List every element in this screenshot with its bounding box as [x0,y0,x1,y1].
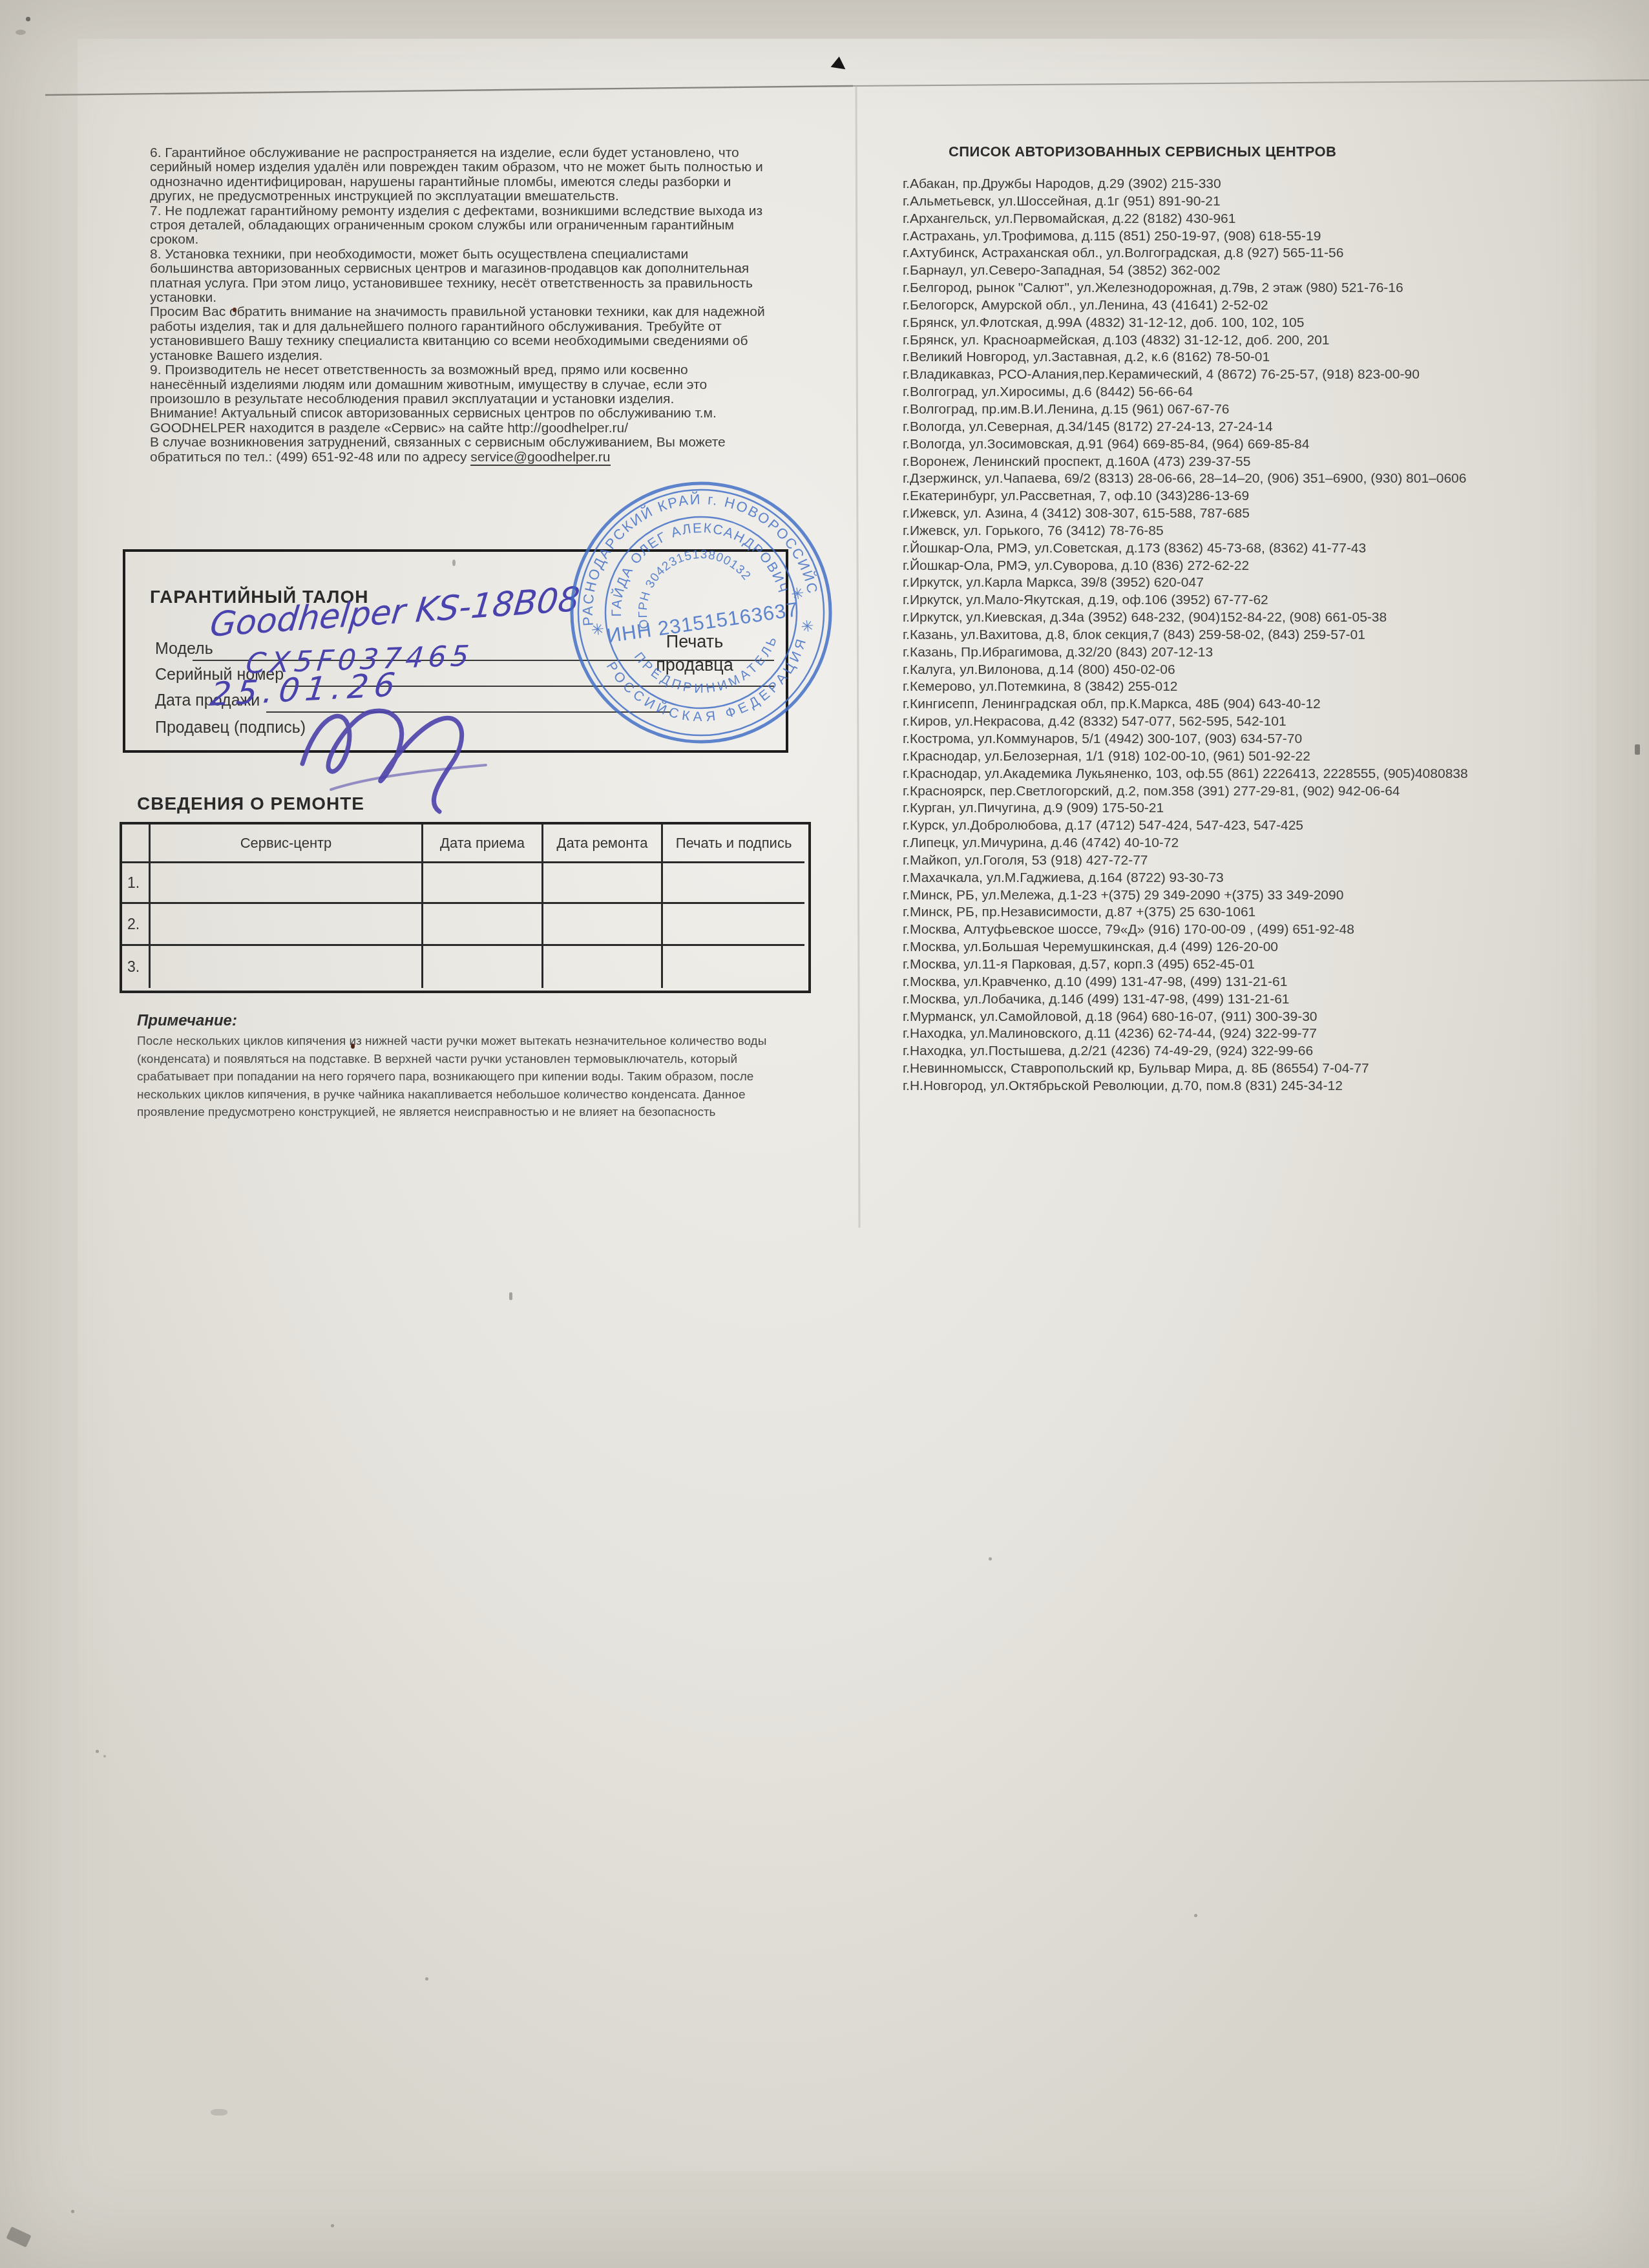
service-center-item: г.Киров, ул.Некрасова, д.42 (8332) 547-0… [903,713,1468,731]
service-center-item: г.Волгоград, пр.им.В.И.Ленина, д.15 (961… [903,401,1468,419]
dust-speck [26,17,30,21]
service-center-item: г.Альметьевск, ул.Шоссейная, д.1г (951) … [903,193,1468,211]
ink-speck [351,1044,355,1049]
service-center-item: г.Находка, ул.Постышева, д.2/21 (4236) 7… [903,1043,1468,1060]
service-center-item: г.Вологда, ул.Зосимовская, д.91 (964) 66… [903,436,1468,454]
repairs-row2-number: 2. [122,904,151,946]
dust-speck [452,560,456,566]
note-body: После нескольких циклов кипячения из ниж… [137,1033,773,1122]
dust-smudge [16,30,26,35]
service-center-item: г.Минск, РБ, ул.Мележа, д.1-23 +(375) 29… [903,887,1468,905]
warranty-terms-text: 6. Гарантийное обслуживание не распростр… [150,146,765,465]
repairs-row3-stamp-cell [663,946,804,988]
term-paragraph-attention: Внимание! Актуальный список авторизованн… [150,406,765,436]
service-center-item: г.Астрахань, ул.Трофимова, д.115 (851) 2… [903,228,1468,246]
repairs-header-date-received: Дата приема [423,824,543,863]
ink-speck [233,308,236,312]
repairs-row3-service-center-cell [151,946,423,988]
dust-speck [1194,1914,1197,1917]
service-centers-list: г.Абакан, пр.Дружбы Народов, д.29 (3902)… [903,176,1468,1095]
service-center-item: г.Казань, ул.Вахитова, д.8, блок секция,… [903,627,1468,644]
service-center-item: г.Невинномысск, Ставропольский кр, Бульв… [903,1060,1468,1078]
service-center-item: г.Кострома, ул.Коммунаров, 5/1 (4942) 30… [903,731,1468,748]
model-field-label: Модель [155,640,213,658]
seller-stamp: КРАСНОДАРСКИЙ КРАЙ г. НОВОРОССИЙСК РОССИ… [549,461,853,764]
service-center-item: г.Майкоп, ул.Гоголя, 53 (918) 427-72-77 [903,852,1468,870]
dust-speck [989,1557,992,1560]
service-center-item: г.Брянск, ул.Флотская, д.99А (4832) 31-1… [903,315,1468,332]
service-center-item: г.Архангельск, ул.Первомайская, д.22 (81… [903,211,1468,228]
service-center-item: г.Иркутск, ул.Мало-Якутская, д.19, оф.10… [903,592,1468,609]
repairs-row1-stamp-cell [663,863,804,904]
service-center-item: г.Брянск, ул. Красноармейская, д.103 (48… [903,332,1468,350]
service-center-item: г.Курск, ул.Добролюбова, д.17 (4712) 547… [903,817,1468,835]
service-center-item: г.Ахтубинск, Астраханская обл., ул.Волго… [903,245,1468,262]
term-paragraph-install-note: Просим Вас обратить внимание на значимос… [150,305,765,363]
dust-smudge [211,2109,227,2116]
service-center-item: г.Владикавказ, РСО-Алания,пер.Керамическ… [903,366,1468,384]
repairs-row1-service-center-cell [151,863,423,904]
service-center-item: г.Курган, ул.Пичугина, д.9 (909) 175-50-… [903,800,1468,817]
service-center-item: г.Москва, ул.Большая Черемушкинская, д.4… [903,939,1468,956]
service-center-item: г.Ижевск, ул. Горького, 76 (3412) 78-76-… [903,523,1468,540]
stamp-star-right-icon: ✳ [790,585,806,604]
service-center-item: г.Краснодар, ул.Академика Лукьяненко, 10… [903,766,1468,783]
service-center-item: г.Йошкар-Ола, РМЭ, ул.Суворова, д.10 (83… [903,558,1468,575]
service-center-item: г.Красноярск, пер.Светлогорский, д.2, по… [903,783,1468,801]
repairs-header-num [122,824,151,863]
service-center-item: г.Москва, Алтуфьевское шоссе, 79«Д» (916… [903,921,1468,939]
repairs-row3-date-repaired-cell [543,946,663,988]
service-centers-title: СПИСОК АВТОРИЗОВАННЫХ СЕРВИСНЫХ ЦЕНТРОВ [949,143,1336,160]
dust-speck [425,1977,428,1980]
service-center-item: г.Мурманск, ул.Самойловой, д.18 (964) 68… [903,1009,1468,1026]
service-center-item: г.Белогорск, Амурской обл., ул.Ленина, 4… [903,297,1468,315]
support-email: service@goodhelper.ru [470,450,610,466]
corner-mark [6,2227,31,2247]
service-center-item: г.Калуга, ул.Вилонова, д.14 (800) 450-02… [903,662,1468,679]
service-center-item: г.Москва, ул.Кравченко, д.10 (499) 131-4… [903,974,1468,991]
repairs-table: Сервис-центр Дата приема Дата ремонта Пе… [120,822,811,993]
service-center-item: г.Липецк, ул.Мичурина, д.46 (4742) 40-10… [903,835,1468,852]
repairs-row2-stamp-cell [663,904,804,946]
service-center-item: г.Абакан, пр.Дружбы Народов, д.29 (3902)… [903,176,1468,193]
service-center-item: г.Воронеж, Ленинский проспект, д.160А (4… [903,454,1468,471]
service-center-item: г.Белгород, рынок "Салют", ул.Железнодор… [903,280,1468,297]
service-center-item: г.Москва, ул.Лобачика, д.14б (499) 131-4… [903,991,1468,1009]
dust-speck [96,1750,99,1753]
service-center-item: г.Кемерово, ул.Потемкина, 8 (3842) 255-0… [903,678,1468,696]
repairs-row1-number: 1. [122,863,151,904]
stamp-star-right2-icon: ✳ [800,617,815,636]
edge-mark [1635,744,1640,755]
repairs-row3-date-received-cell [423,946,543,988]
service-center-item: г.Н.Новгород, ул.Октябрьской Революции, … [903,1078,1468,1095]
service-center-item: г.Находка, ул.Малиновского, д.11 (4236) … [903,1025,1468,1043]
dust-speck [331,2224,334,2227]
repairs-row3-number: 3. [122,946,151,988]
seller-signature-field-label: Продавец (подпись) [155,719,306,737]
service-center-item: г.Йошкар-Ола, РМЭ, ул.Советская, д.173 (… [903,540,1468,558]
service-center-item: г.Екатеринбург, ул.Рассветная, 7, оф.10 … [903,488,1468,505]
repairs-row2-date-received-cell [423,904,543,946]
scanned-warranty-page: 6. Гарантийное обслуживание не распростр… [0,0,1649,2268]
service-center-item: г.Волгоград, ул.Хиросимы, д.6 (8442) 56-… [903,384,1468,401]
service-center-item: г.Краснодар, ул.Белозерная, 1/1 (918) 10… [903,748,1468,766]
repairs-header-date-repaired: Дата ремонта [543,824,663,863]
support-phone-text: В случае возникновения затруднений, связ… [150,435,726,464]
repairs-row2-service-center-cell [151,904,423,946]
service-center-item: г.Ижевск, ул. Азина, 4 (3412) 308-307, 6… [903,505,1468,523]
stamp-star-left-icon: ✳ [590,620,605,640]
repairs-row1-date-received-cell [423,863,543,904]
service-center-item: г.Москва, ул.11-я Парковая, д.57, корп.3… [903,956,1468,974]
dust-speck [71,2210,74,2213]
service-center-item: г.Барнаул, ул.Северо-Западная, 54 (3852)… [903,262,1468,280]
note-title: Примечание: [137,1012,237,1030]
repairs-header-service-center: Сервис-центр [151,824,423,863]
term-paragraph-support: В случае возникновения затруднений, связ… [150,436,765,465]
repairs-section-title: СВЕДЕНИЯ О РЕМОНТЕ [137,793,364,814]
service-center-item: г.Вологда, ул.Северная, д.34/145 (8172) … [903,419,1468,436]
term-paragraph-6: 6. Гарантийное обслуживание не распростр… [150,146,765,204]
repairs-row1-date-repaired-cell [543,863,663,904]
service-center-item: г.Иркутск, ул.Карла Маркса, 39/8 (3952) … [903,574,1468,592]
dust-speck [103,1755,106,1758]
apostrophe-mark [509,1292,512,1300]
repairs-header-stamp-signature: Печать и подпись [663,824,804,863]
service-center-item: г.Великий Новгород, ул.Заставная, д.2, к… [903,349,1468,366]
repairs-row2-date-repaired-cell [543,904,663,946]
service-center-item: г.Иркутск, ул.Киевская, д.34а (3952) 648… [903,609,1468,627]
service-center-item: г.Махачкала, ул.М.Гаджиева, д.164 (8722)… [903,870,1468,887]
term-paragraph-8: 8. Установка техники, при необходимости,… [150,247,765,306]
term-paragraph-9: 9. Производитель не несет ответственност… [150,363,765,406]
term-paragraph-7: 7. Не подлежат гарантийному ремонту изде… [150,204,765,247]
service-center-item: г.Минск, РБ, пр.Независимости, д.87 +(37… [903,904,1468,921]
service-center-item: г.Казань, Пр.Ибрагимова, д.32/20 (843) 2… [903,644,1468,662]
service-center-item: г.Кингисепп, Ленинградская обл, пр.К.Мар… [903,696,1468,713]
service-center-item: г.Дзержинск, ул.Чапаева, 69/2 (8313) 28-… [903,470,1468,488]
